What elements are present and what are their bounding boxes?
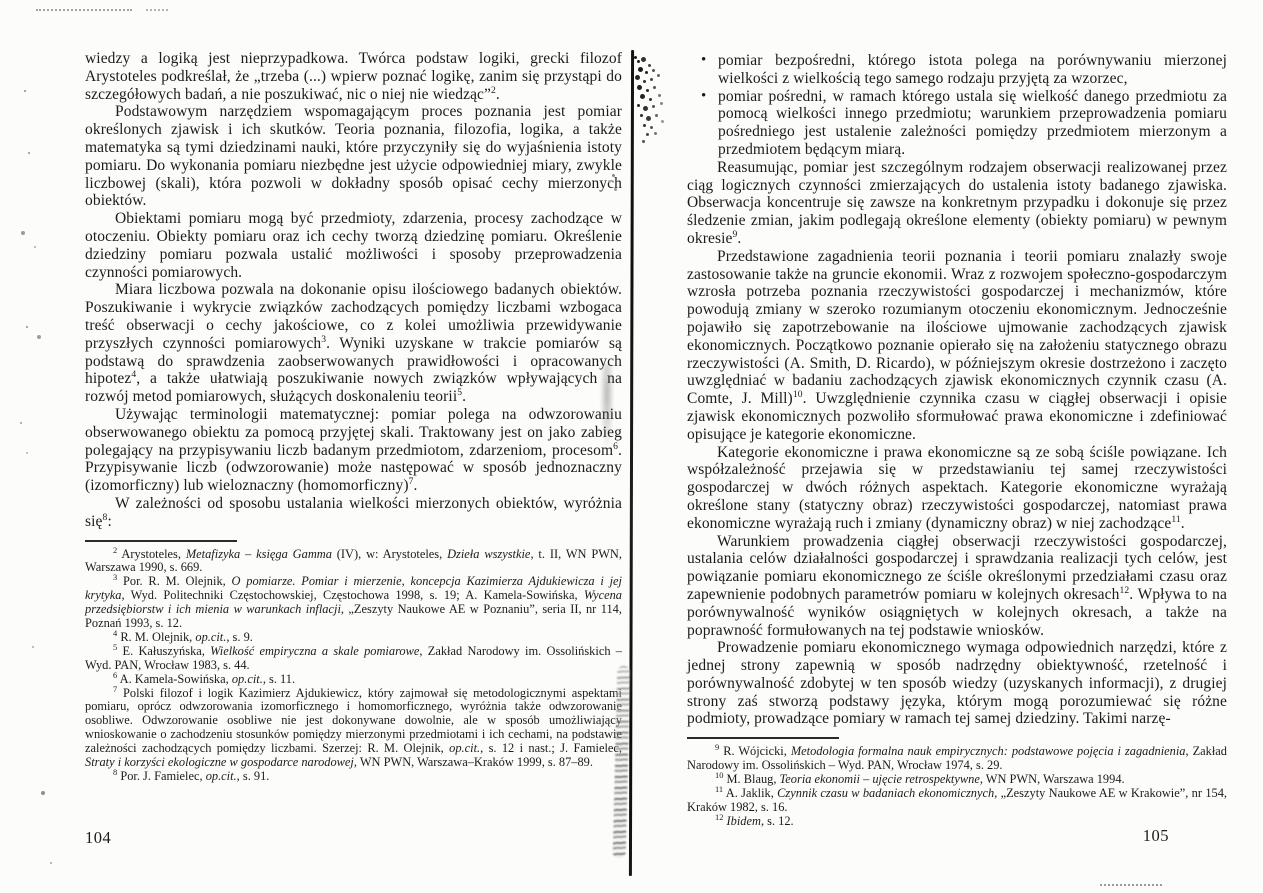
paragraph: Używając terminologii matematycznej: pom… bbox=[85, 406, 622, 495]
text-segment: wiedzy a logiką jest nieprzypadkowa. Twó… bbox=[85, 50, 622, 103]
paragraph: Obiektami pomiaru mogą być przedmioty, z… bbox=[85, 210, 622, 281]
footnote-marker: 4 bbox=[113, 628, 117, 638]
text-segment: , s. 9. bbox=[226, 630, 253, 644]
text-segment: Prowadzenie pomiaru ekonomicznego wymaga… bbox=[687, 639, 1227, 727]
paragraph: Warunkiem prowadzenia ciągłej obserwacji… bbox=[687, 533, 1227, 640]
text-segment: Straty i korzyści ekologiczne w gospodar… bbox=[85, 755, 354, 769]
text-segment: R. Wójcicki, bbox=[723, 744, 791, 758]
paragraph: W zależności od sposobu ustalania wielko… bbox=[85, 495, 622, 531]
text-segment: Czynnik czasu w badaniach ekonomicznych bbox=[777, 786, 994, 800]
text-segment: Metafizyka – księga Gamma bbox=[186, 547, 332, 561]
text-segment: Por. J. Famielec, bbox=[120, 769, 205, 783]
paragraph: Reasumując, pomiar jest szczególnym rodz… bbox=[687, 159, 1227, 248]
text-segment: . bbox=[1181, 515, 1185, 532]
right-page-number: 105 bbox=[1143, 826, 1169, 846]
left-page-body: wiedzy a logiką jest nieprzypadkowa. Twó… bbox=[85, 50, 622, 531]
scan-artifact-top-dashes-2 bbox=[146, 9, 168, 11]
scanned-book-spread: wiedzy a logiką jest nieprzypadkowa. Twó… bbox=[0, 0, 1263, 893]
bullet-marker: • bbox=[701, 88, 706, 106]
paragraph: wiedzy a logiką jest nieprzypadkowa. Twó… bbox=[85, 50, 622, 103]
footnote: 8 Por. J. Famielec, op.cit., s. 91. bbox=[85, 770, 622, 784]
text-segment: (IV), w: Arystoteles, bbox=[332, 547, 447, 561]
bullet-list-item: •pomiar pośredni, w ramach którego ustal… bbox=[687, 88, 1227, 159]
left-page: wiedzy a logiką jest nieprzypadkowa. Twó… bbox=[85, 50, 622, 848]
text-segment: Obiektami pomiaru mogą być przedmioty, z… bbox=[85, 210, 622, 280]
text-segment: Używając terminologii matematycznej: pom… bbox=[85, 406, 622, 459]
footnote: 2 Arystoteles, Metafizyka – księga Gamma… bbox=[85, 548, 622, 576]
paragraph: Przedstawione zagadnienia teorii poznani… bbox=[687, 248, 1227, 444]
text-segment: pomiar bezpośredni, którego istota poleg… bbox=[718, 52, 1227, 87]
paragraph: Miara liczbowa pozwala na dokonanie opis… bbox=[85, 281, 622, 406]
footnote-marker: 9 bbox=[715, 742, 719, 752]
left-page-footnotes: 2 Arystoteles, Metafizyka – księga Gamma… bbox=[85, 548, 622, 784]
gutter-smudge-middle bbox=[600, 364, 614, 450]
text-segment: Reasumując, pomiar jest szczególnym rodz… bbox=[687, 159, 1227, 247]
text-segment: , s. 12 i nast.; J. Famielec, bbox=[480, 741, 622, 755]
bullet-marker: • bbox=[701, 52, 706, 70]
footnote: 5 E. Kałuszyńska, Wielkość empiryczna a … bbox=[85, 645, 622, 673]
text-segment: , Wyd. Politechniki Częstochowskiej, Czę… bbox=[121, 588, 583, 602]
footnote: 11 A. Jaklik, Czynnik czasu w badaniach … bbox=[687, 787, 1227, 815]
footnote: 3 Por. R. M. Olejnik, O pomiarze. Pomiar… bbox=[85, 575, 622, 631]
text-segment: , s. 91. bbox=[237, 769, 270, 783]
scan-margin-speckles bbox=[24, 90, 26, 92]
text-segment: , s. 12. bbox=[761, 814, 794, 828]
text-segment: Podstawowym narzędziem wspomagającym pro… bbox=[85, 103, 622, 209]
footnote-marker: 5 bbox=[113, 642, 117, 652]
text-segment: Arystoteles, bbox=[121, 547, 185, 561]
right-page-bullet-list: •pomiar bezpośredni, którego istota pole… bbox=[687, 52, 1227, 159]
text-segment: op.cit. bbox=[449, 741, 480, 755]
text-segment: A. Kamela-Sowińska, bbox=[120, 672, 232, 686]
text-segment: Przedstawione zagadnienia teorii poznani… bbox=[687, 248, 1227, 407]
footnote-ref: 11 bbox=[1171, 514, 1180, 525]
footnote: 4 R. M. Olejnik, op.cit., s. 9. bbox=[85, 631, 622, 645]
footnote-ref: 12 bbox=[1120, 585, 1130, 596]
text-segment: A. Jaklik, bbox=[726, 786, 777, 800]
right-page: •pomiar bezpośredni, którego istota pole… bbox=[687, 52, 1227, 846]
book-gutter-line bbox=[629, 50, 634, 876]
text-segment: M. Blaug, bbox=[727, 772, 780, 786]
footnote: 7 Polski filozof i logik Kazimierz Ajduk… bbox=[85, 687, 622, 770]
right-page-footnotes: 9 R. Wójcicki, Metodologia formalna nauk… bbox=[687, 745, 1227, 828]
text-segment: op.cit. bbox=[195, 630, 226, 644]
text-segment: pomiar pośredni, w ramach którego ustala… bbox=[718, 88, 1227, 158]
text-segment: Metodologia formalna nauk empirycznych: … bbox=[791, 744, 1186, 758]
paragraph: Podstawowym narzędziem wspomagającym pro… bbox=[85, 103, 622, 210]
text-segment: Ibidem bbox=[727, 814, 761, 828]
footnote-marker: 7 bbox=[113, 683, 117, 693]
text-segment: op.cit. bbox=[232, 672, 263, 686]
footnote-marker: 11 bbox=[715, 784, 723, 794]
paragraph: Kategorie ekonomiczne i prawa ekonomiczn… bbox=[687, 444, 1227, 533]
footnote: 6 A. Kamela-Sowińska, op.cit., s. 11. bbox=[85, 673, 622, 687]
text-segment: . bbox=[496, 86, 500, 103]
scan-artifact-top-dashes bbox=[36, 9, 132, 11]
text-segment: W zależności od sposobu ustalania wielko… bbox=[85, 495, 622, 530]
text-segment: Por. R. M. Olejnik, bbox=[123, 574, 232, 588]
text-segment: , s. 11. bbox=[263, 672, 295, 686]
footnote-marker: 2 bbox=[113, 544, 117, 554]
text-segment: , a także ułatwiają poszukiwanie nowych … bbox=[85, 370, 622, 405]
footnote-marker: 8 bbox=[113, 767, 117, 777]
text-segment: , WN PWN, Warszawa 1994. bbox=[980, 772, 1125, 786]
left-footnote-rule bbox=[85, 540, 237, 542]
text-segment: R. M. Olejnik, bbox=[120, 630, 195, 644]
footnote: 10 M. Blaug, Teoria ekonomii – ujęcie re… bbox=[687, 773, 1227, 787]
right-footnote-rule bbox=[687, 737, 839, 739]
text-segment: Wielkość empiryczna a skale pomiarowe bbox=[210, 644, 419, 658]
text-segment: Kategorie ekonomiczne i prawa ekonomiczn… bbox=[687, 444, 1227, 532]
footnote-marker: 12 bbox=[715, 812, 723, 822]
text-segment: Dzieła wszystkie bbox=[447, 547, 530, 561]
scan-artifact-bottom-dashes bbox=[1100, 884, 1162, 886]
footnote-marker: 3 bbox=[113, 572, 117, 582]
text-segment: Teoria ekonomii – ujęcie retrospektywne bbox=[780, 772, 980, 786]
right-page-body: Reasumując, pomiar jest szczególnym rodz… bbox=[687, 159, 1227, 729]
text-segment: : bbox=[107, 513, 111, 530]
text-segment: . bbox=[737, 230, 741, 247]
text-segment: . bbox=[462, 388, 466, 405]
paragraph: Prowadzenie pomiaru ekonomicznego wymaga… bbox=[687, 639, 1227, 728]
text-segment: E. Kałuszyńska, bbox=[123, 644, 211, 658]
footnote-marker: 6 bbox=[113, 670, 117, 680]
left-page-number: 104 bbox=[85, 828, 111, 848]
text-segment: , WN PWN, Warszawa–Kraków 1999, s. 87–89… bbox=[354, 755, 593, 769]
text-segment: op.cit. bbox=[206, 769, 237, 783]
footnote-marker: 10 bbox=[715, 770, 723, 780]
text-segment: . bbox=[414, 477, 418, 494]
footnote-ref: 10 bbox=[793, 389, 803, 400]
bullet-list-item: •pomiar bezpośredni, którego istota pole… bbox=[687, 52, 1227, 88]
footnote: 9 R. Wójcicki, Metodologia formalna nauk… bbox=[687, 745, 1227, 773]
gutter-ink-speckles bbox=[634, 56, 637, 59]
